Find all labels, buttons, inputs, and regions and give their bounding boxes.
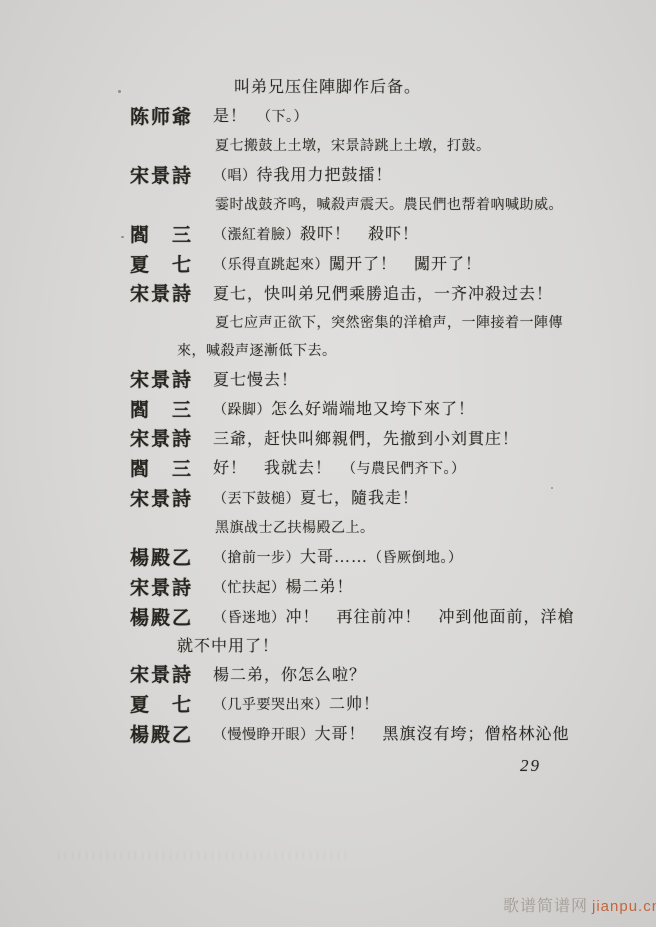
stage-note-inline: （丟下鼓槌） <box>213 492 300 507</box>
stage-note-inline: （忙扶起） <box>213 581 286 596</box>
speaker-name: 閻 三 <box>130 222 213 250</box>
stage-direction: 黑旗战士乙扶楊殿乙上。 <box>130 515 590 543</box>
stage-direction: 霎时战鼓齐鸣，喊殺声震天。農民們也帮着吶喊助威。 <box>130 192 590 220</box>
dialogue-text: 大哥…… <box>300 549 368 566</box>
dialogue-entry: 宋景詩（唱）待我用力把鼓擂！ <box>130 162 590 191</box>
stage-text: 黑旗战士乙扶楊殿乙上。 <box>215 521 375 536</box>
dialogue-text: 楊二弟，你怎么啦？ <box>213 667 366 684</box>
speaker-name: 宋景詩 <box>130 281 213 309</box>
stage-note-inline: （跺脚） <box>213 403 271 418</box>
dialogue-entry: 閻 三（跺脚）怎么好端端地又垮下來了！ <box>130 396 590 425</box>
dialogue-text: 殺吓！ 殺吓！ <box>300 226 419 243</box>
scan-speck <box>121 236 124 238</box>
stage-direction: 夏七应声正欲下，突然密集的洋槍声，一陣接着一陣傳來，喊殺声逐漸低下去。 <box>130 310 590 366</box>
dialogue-entry: 夏 七（几乎要哭出來）二帅！ <box>130 691 590 720</box>
dialogue-text: 夏七，隨我走！ <box>300 490 419 507</box>
print-bleed-artifact <box>58 851 348 860</box>
dialogue-entry: 陈师爺是！ （下。） <box>130 103 590 132</box>
stage-text: 夏七应声正欲下，突然密集的洋槍声，一陣接着一陣傳來，喊殺声逐漸低下去。 <box>177 316 563 359</box>
stage-note-inline: （搶前一步） <box>213 551 300 566</box>
dialogue-text: 怎么好端端地又垮下來了！ <box>271 401 475 418</box>
dialogue-text: 待我用力把鼓擂！ <box>257 167 393 184</box>
page-text-block: 叫弟兄压住陣脚作后备。 陈师爺是！ （下。） 夏七搬鼓上土墩，宋景詩跳上土墩，打… <box>130 74 590 776</box>
dialogue-text: 夏七慢去！ <box>213 372 298 389</box>
stage-text: 夏七搬鼓上土墩，宋景詩跳上土墩，打鼓。 <box>215 139 491 154</box>
speaker-name: 宋景詩 <box>130 163 213 191</box>
dialogue-entry: 楊殿乙（搶前一步）大哥……（昏厥倒地。） <box>130 544 590 573</box>
speaker-name: 宋景詩 <box>130 426 213 454</box>
dialogue-entry: 楊殿乙（慢慢睁开眼）大哥！ 黑旗沒有垮；僧格林沁他 <box>130 721 590 750</box>
watermark-site-url: jianpu.cn <box>592 898 656 915</box>
speaker-name: 閻 三 <box>130 397 213 425</box>
stage-note-inline: （几乎要哭出來） <box>213 698 329 713</box>
speaker-name: 楊殿乙 <box>130 722 213 750</box>
dialogue-text: 叫弟兄压住陣脚作后备。 <box>234 79 421 96</box>
stage-note-inline: （漲紅着臉） <box>213 228 300 243</box>
dialogue-entry: 楊殿乙（昏迷地）冲！ 再往前冲！ 冲到他面前，洋槍就不中用了！ <box>130 604 590 661</box>
watermark-site-name: 歌谱简谱网 <box>503 898 588 915</box>
dialogue-entry: 宋景詩楊二弟，你怎么啦？ <box>130 662 590 690</box>
dialogue-text: 夏七，快叫弟兄們乘勝追击，一齐冲殺过去！ <box>213 286 553 303</box>
stage-note-inline: （慢慢睁开眼） <box>213 728 315 743</box>
stage-note-inline: （与農民們齐下。） <box>349 462 466 477</box>
stage-text: 霎时战鼓齐鸣，喊殺声震天。農民們也帮着吶喊助威。 <box>215 198 563 213</box>
watermark: 歌谱简谱网jianpu.cn <box>503 893 656 916</box>
speaker-name: 楊殿乙 <box>130 605 213 633</box>
page-number: 29 <box>520 756 590 776</box>
speaker-name: 閻 三 <box>130 456 213 484</box>
speaker-name: 宋景詩 <box>130 486 213 514</box>
dialogue-text: 好！ 我就去！ <box>213 460 349 477</box>
speaker-name: 宋景詩 <box>130 575 213 603</box>
dialogue-entry: 閻 三（漲紅着臉）殺吓！ 殺吓！ <box>130 221 590 250</box>
dialogue-text: 楊二弟！ <box>286 579 354 596</box>
dialogue-entry: 宋景詩（忙扶起）楊二弟！ <box>130 574 590 603</box>
dialogue-text: 闖开了！ 闖开了！ <box>329 256 482 273</box>
dialogue-entry: 宋景詩三爺，赶快叫鄉親們，先撤到小刘貫庄！ <box>130 426 590 454</box>
scan-speck <box>118 90 121 93</box>
stage-note-inline: （昏迷地） <box>213 611 286 626</box>
dialogue-text: 二帅！ <box>329 696 380 713</box>
dialogue-entry: 宋景詩夏七，快叫弟兄們乘勝追击，一齐冲殺过去！ <box>130 281 590 309</box>
speaker-name: 宋景詩 <box>130 662 213 690</box>
dialogue-text: 三爺，赶快叫鄉親們，先撤到小刘貫庄！ <box>213 431 519 448</box>
dialogue-entry: 宋景詩（丟下鼓槌）夏七，隨我走！ <box>130 485 590 514</box>
stage-note-inline: （唱） <box>213 169 257 184</box>
stage-note-inline: （昏厥倒地。） <box>368 551 463 566</box>
speaker-name: 夏 七 <box>130 692 213 720</box>
scan-speck <box>551 487 553 489</box>
dialogue-continuation: 叫弟兄压住陣脚作后备。 <box>130 74 590 102</box>
speaker-name: 陈师爺 <box>130 104 213 132</box>
speaker-name: 夏 七 <box>130 252 213 280</box>
speaker-name: 宋景詩 <box>130 367 213 395</box>
speaker-name: 楊殿乙 <box>130 545 213 573</box>
scanned-script-page: 叫弟兄压住陣脚作后备。 陈师爺是！ （下。） 夏七搬鼓上土墩，宋景詩跳上土墩，打… <box>0 0 656 927</box>
dialogue-entry: 夏 七（乐得直跳起來）闖开了！ 闖开了！ <box>130 251 590 280</box>
stage-direction: 夏七搬鼓上土墩，宋景詩跳上土墩，打鼓。 <box>130 133 590 161</box>
dialogue-text: 大哥！ 黑旗沒有垮；僧格林沁他 <box>315 726 570 743</box>
stage-note-inline: （乐得直跳起來） <box>213 258 329 273</box>
dialogue-text: 是！ <box>213 108 264 125</box>
stage-note-inline: （下。） <box>264 110 308 125</box>
dialogue-entry: 閻 三好！ 我就去！ （与農民們齐下。） <box>130 455 590 484</box>
dialogue-entry: 宋景詩夏七慢去！ <box>130 367 590 395</box>
